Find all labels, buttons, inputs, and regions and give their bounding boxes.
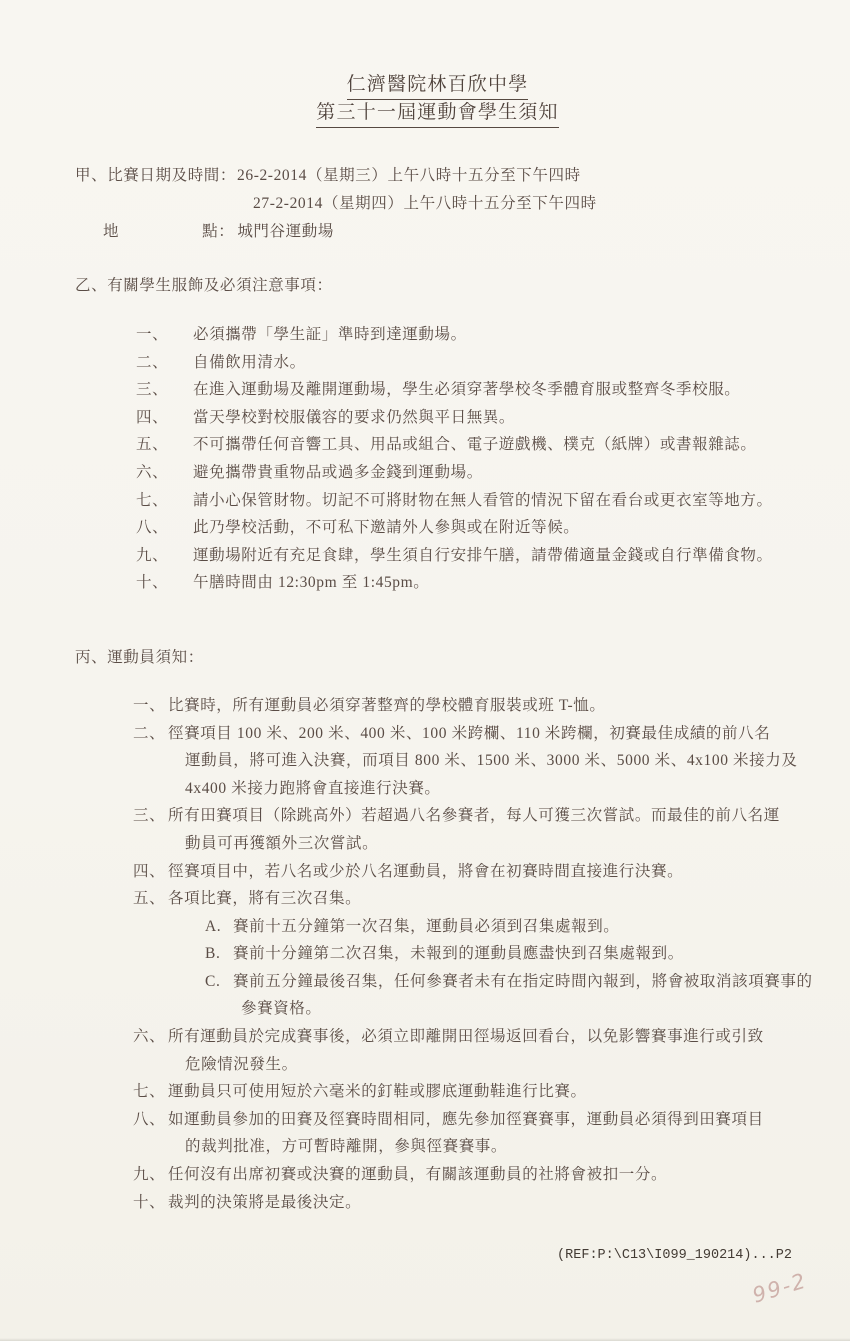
item-text: 所有運動員於完成賽事後，必須立即離開田徑場返回看台，以免影響賽事進行或引致危險情… (168, 1023, 764, 1078)
footer-reference: (REF:P:\C13\I099_190214)...P2 (557, 1248, 792, 1263)
list-item: 十、裁判的決策將是最後決定。 (133, 1189, 800, 1217)
sub-item-text: 賽前十五分鐘第一次召集，運動員必須到召集處報到。 (233, 913, 619, 941)
notice-title: 第三十一屆運動會學生須知 (316, 100, 558, 128)
list-item: 六、所有運動員於完成賽事後，必須立即離開田徑場返回看台，以免影響賽事進行或引致危… (133, 1023, 800, 1078)
item-text: 必須攜帶「學生証」準時到達運動場。 (193, 321, 467, 349)
list-item: 二、自備飲用清水。 (136, 349, 800, 377)
list-item: 一、必須攜帶「學生証」準時到達運動場。 (136, 321, 800, 349)
section-c-list: 一、比賽時，所有運動員必須穿著整齊的學校體育服裝或班 T-恤。 二、徑賽項目 1… (133, 692, 800, 1216)
item-number: 十、 (133, 1189, 168, 1217)
document-title: 仁濟醫院林百欣中學 第三十一屆運動會學生須知 (75, 0, 800, 128)
item-number: 九、 (136, 542, 193, 570)
list-item: 六、避免攜帶貴重物品或過多金錢到運動場。 (136, 459, 800, 487)
school-name: 仁濟醫院林百欣中學 (347, 72, 529, 100)
item-text: 比賽時，所有運動員必須穿著整齊的學校體育服裝或班 T-恤。 (168, 692, 605, 720)
item-number: 一、 (136, 321, 193, 349)
item-text: 所有田賽項目（除跳高外）若超過八名參賽者，每人可獲三次嘗試。而最佳的前八名運動員… (168, 802, 780, 857)
section-date-venue: 甲、比賽日期及時間：26-2-2014（星期三）上午八時十五分至下午四時 27-… (75, 162, 800, 246)
list-item: 五、不可攜帶任何音響工具、用品或組合、電子遊戲機、樸克（紙牌）或書報雜誌。 (136, 431, 800, 459)
sub-item-letter: C. (205, 968, 233, 1023)
date-row-2: 27-2-2014（星期四）上午八時十五分至下午四時 (75, 190, 800, 218)
item-number: 四、 (136, 404, 193, 432)
item-text: 午膳時間由 12:30pm 至 1:45pm。 (193, 569, 429, 597)
sub-item-letter: A. (205, 913, 233, 941)
item-text: 避免攜帶貴重物品或過多金錢到運動場。 (193, 459, 483, 487)
date-row-1: 甲、比賽日期及時間：26-2-2014（星期三）上午八時十五分至下午四時 (75, 162, 800, 190)
sub-item-text: 賽前十分鐘第二次召集，未報到的運動員應盡快到召集處報到。 (233, 940, 684, 968)
item-text: 各項比賽，將有三次召集。 (168, 885, 361, 913)
item-text: 裁判的決策將是最後決定。 (168, 1189, 361, 1217)
item-number: 八、 (133, 1106, 168, 1161)
venue-label-left: 地 (103, 218, 119, 246)
item-text: 運動場附近有充足食肆，學生須自行安排午膳，請帶備適量金錢或自行準備食物。 (193, 542, 773, 570)
list-item: 一、比賽時，所有運動員必須穿著整齊的學校體育服裝或班 T-恤。 (133, 692, 800, 720)
sub-item-letter: B. (205, 940, 233, 968)
sub-item: B.賽前十分鐘第二次召集，未報到的運動員應盡快到召集處報到。 (205, 940, 800, 968)
list-item: 五、各項比賽，將有三次召集。 (133, 885, 800, 913)
item-number: 七、 (133, 1078, 168, 1106)
item-number: 八、 (136, 514, 193, 542)
list-item: 九、運動場附近有充足食肆，學生須自行安排午膳，請帶備適量金錢或自行準備食物。 (136, 542, 800, 570)
list-item: 七、運動員只可使用短於六毫米的釘鞋或膠底運動鞋進行比賽。 (133, 1078, 800, 1106)
item-text: 徑賽項目 100 米、200 米、400 米、100 米跨欄、110 米跨欄，初… (168, 720, 797, 803)
section-b-header: 乙、有關學生服飾及必須注意事項： (75, 272, 800, 300)
item-number: 十、 (136, 569, 193, 597)
sub-item-text: 賽前五分鐘最後召集，任何參賽者未有在指定時間內報到，將會被取消該項賽事的參賽資格… (233, 968, 813, 1023)
list-item: 四、當天學校對校服儀容的要求仍然與平日無異。 (136, 404, 800, 432)
item-number: 四、 (133, 858, 168, 886)
venue-row: 地點：城門谷運動場 (75, 218, 800, 246)
sub-item-list: A.賽前十五分鐘第一次召集，運動員必須到召集處報到。 B.賽前十分鐘第二次召集，… (205, 913, 800, 1023)
item-text: 徑賽項目中，若八名或少於八名運動員，將會在初賽時間直接進行決賽。 (168, 858, 683, 886)
date-label: 甲、比賽日期及時間： (75, 162, 237, 190)
item-text: 任何沒有出席初賽或決賽的運動員，有關該運動員的社將會被扣一分。 (168, 1161, 667, 1189)
list-item: 九、任何沒有出席初賽或決賽的運動員，有關該運動員的社將會被扣一分。 (133, 1161, 800, 1189)
list-item: 二、徑賽項目 100 米、200 米、400 米、100 米跨欄、110 米跨欄… (133, 720, 800, 803)
item-number: 五、 (136, 431, 193, 459)
item-text: 當天學校對校服儀容的要求仍然與平日無異。 (193, 404, 515, 432)
document-content: 仁濟醫院林百欣中學 第三十一屆運動會學生須知 甲、比賽日期及時間：26-2-20… (0, 0, 850, 1216)
item-number: 三、 (136, 376, 193, 404)
item-text: 不可攜帶任何音響工具、用品或組合、電子遊戲機、樸克（紙牌）或書報雜誌。 (193, 431, 757, 459)
list-item: 三、所有田賽項目（除跳高外）若超過八名參賽者，每人可獲三次嘗試。而最佳的前八名運… (133, 802, 800, 857)
handwritten-page-note: 99-2 (750, 1268, 810, 1307)
item-number: 二、 (133, 720, 168, 803)
document-page: 仁濟醫院林百欣中學 第三十一屆運動會學生須知 甲、比賽日期及時間：26-2-20… (0, 0, 850, 1341)
item-text: 此乃學校活動，不可私下邀請外人參與或在附近等候。 (193, 514, 579, 542)
section-c-header: 丙、運動員須知： (75, 644, 800, 672)
section-b-list: 一、必須攜帶「學生証」準時到達運動場。 二、自備飲用清水。 三、在進入運動場及離… (136, 321, 800, 597)
item-text: 在進入運動場及離開運動場，學生必須穿著學校冬季體育服或整齊冬季校服。 (193, 376, 740, 404)
list-item: 七、請小心保管財物。切記不可將財物在無人看管的情況下留在看台或更衣室等地方。 (136, 487, 800, 515)
sub-item: A.賽前十五分鐘第一次召集，運動員必須到召集處報到。 (205, 913, 800, 941)
item-text: 自備飲用清水。 (193, 349, 306, 377)
list-item: 十、午膳時間由 12:30pm 至 1:45pm。 (136, 569, 800, 597)
list-item: 四、徑賽項目中，若八名或少於八名運動員，將會在初賽時間直接進行決賽。 (133, 858, 800, 886)
date-value-1: 26-2-2014（星期三）上午八時十五分至下午四時 (237, 167, 581, 184)
item-number: 七、 (136, 487, 193, 515)
item-number: 三、 (133, 802, 168, 857)
list-item: 三、在進入運動場及離開運動場，學生必須穿著學校冬季體育服或整齊冬季校服。 (136, 376, 800, 404)
item-number: 二、 (136, 349, 193, 377)
date-value-2: 27-2-2014（星期四）上午八時十五分至下午四時 (253, 195, 597, 212)
item-number: 一、 (133, 692, 168, 720)
item-number: 九、 (133, 1161, 168, 1189)
item-text: 請小心保管財物。切記不可將財物在無人看管的情況下留在看台或更衣室等地方。 (193, 487, 773, 515)
item-number: 六、 (136, 459, 193, 487)
item-text: 如運動員參加的田賽及徑賽時間相同，應先參加徑賽賽事，運動員必須得到田賽項目的裁判… (168, 1106, 764, 1161)
list-item: 八、此乃學校活動，不可私下邀請外人參與或在附近等候。 (136, 514, 800, 542)
list-item: 八、如運動員參加的田賽及徑賽時間相同，應先參加徑賽賽事，運動員必須得到田賽項目的… (133, 1106, 800, 1161)
venue-value: 城門谷運動場 (237, 223, 334, 240)
item-number: 五、 (133, 885, 168, 913)
item-text: 運動員只可使用短於六毫米的釘鞋或膠底運動鞋進行比賽。 (168, 1078, 587, 1106)
sub-item: C.賽前五分鐘最後召集，任何參賽者未有在指定時間內報到，將會被取消該項賽事的參賽… (205, 968, 800, 1023)
item-number: 六、 (133, 1023, 168, 1078)
venue-label-right: 點： (202, 218, 234, 246)
